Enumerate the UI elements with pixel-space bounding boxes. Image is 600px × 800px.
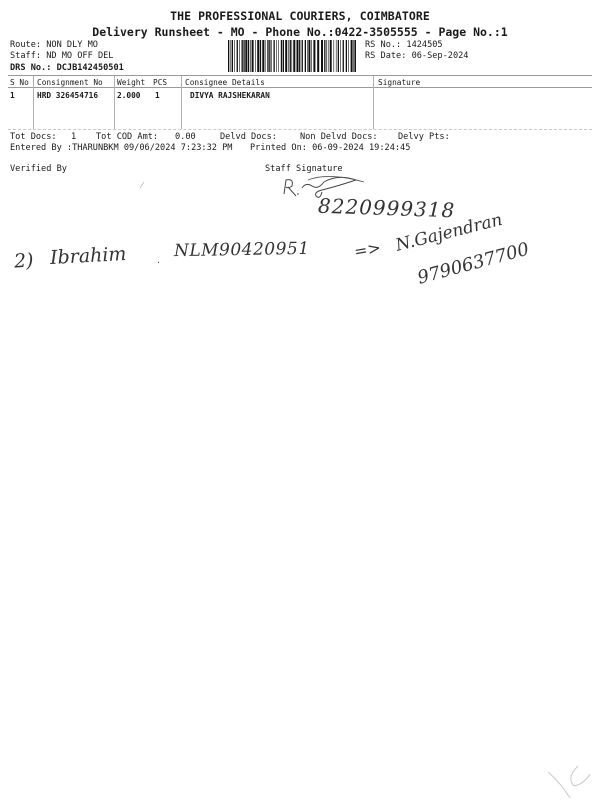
col-divider	[33, 76, 34, 129]
staff-label: Staff: ND MO OFF DEL	[10, 51, 113, 61]
handwritten-note-code: NLM90420951	[174, 239, 310, 261]
col-divider	[373, 76, 374, 129]
delvd-docs-label: Delvd Docs:	[220, 132, 277, 142]
tot-cod-value: 0.00	[175, 132, 196, 142]
col-consignment: Consignment No	[37, 78, 103, 87]
col-signature: Signature	[378, 78, 420, 87]
table-bottom-border	[8, 129, 592, 130]
handwritten-note-name: Ibrahim	[49, 243, 126, 269]
col-consignee: Consignee Details	[185, 78, 265, 87]
handwritten-phone-1: 8220999318	[318, 194, 456, 223]
route-label: Route: NON DLY MO	[10, 40, 98, 50]
rs-number: RS No.: 1424505	[365, 40, 443, 50]
row-consignee: DIVYA RAJSHEKARAN	[190, 91, 270, 100]
company-title: THE PROFESSIONAL COURIERS, COIMBATORE	[0, 9, 600, 23]
row-pcs: 1	[155, 91, 160, 100]
tot-docs-label: Tot Docs:	[10, 132, 57, 142]
table-top-border	[8, 75, 592, 76]
drs-number: DRS No.: DCJB142450501	[10, 63, 124, 73]
faint-mark	[138, 180, 148, 190]
col-sno: S No	[10, 78, 29, 87]
rs-date: RS Date: 06-Sep-2024	[365, 51, 468, 61]
row-consignment: HRD 326454716	[37, 91, 98, 100]
handwritten-note-prefix: 2)	[13, 249, 34, 272]
runsheet-subtitle: Delivery Runsheet - MO - Phone No.:0422-…	[0, 25, 600, 39]
col-divider	[181, 76, 182, 129]
col-divider	[114, 76, 115, 129]
entered-by: Entered By :THARUNBKM 09/06/2024 7:23:32…	[10, 143, 232, 153]
table-header-border	[8, 87, 592, 88]
non-delvd-docs-label: Non Delvd Docs:	[300, 132, 378, 142]
barcode-image	[228, 40, 356, 72]
verified-by-label: Verified By	[10, 164, 67, 174]
col-weight: Weight	[117, 78, 145, 87]
printed-on: Printed On: 06-09-2024 19:24:45	[250, 143, 410, 153]
row-weight: 2.000	[117, 91, 140, 100]
delvy-pts-label: Delvy Pts:	[398, 132, 450, 142]
faint-corner-mark	[540, 760, 600, 800]
handwritten-arrow: =>	[353, 238, 383, 261]
row-sno: 1	[10, 91, 15, 100]
col-pcs: PCS	[153, 78, 167, 87]
tot-cod-label: Tot COD Amt:	[96, 132, 158, 142]
handwritten-dot: ·	[156, 258, 161, 267]
tot-docs-value: 1	[71, 132, 76, 142]
